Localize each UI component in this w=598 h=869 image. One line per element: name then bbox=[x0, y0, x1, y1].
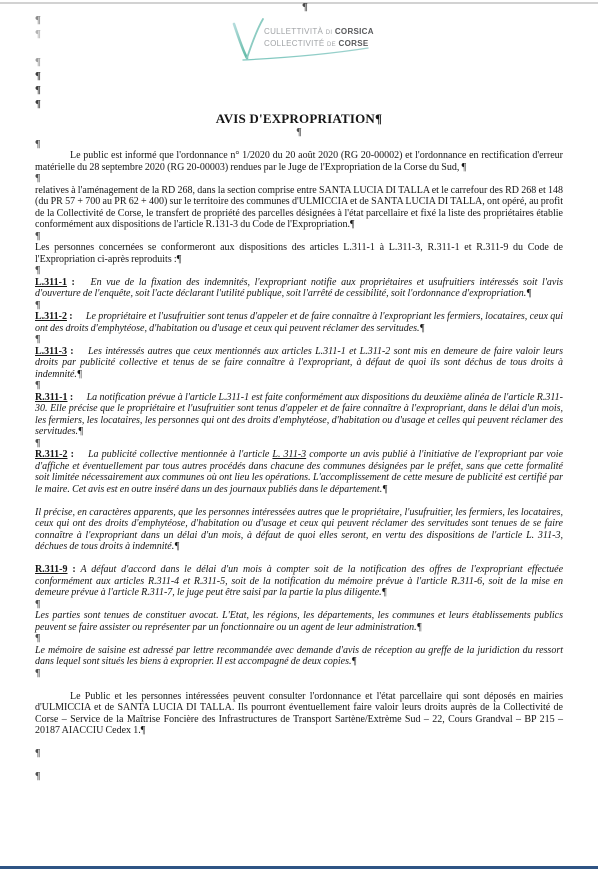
empty-line: ¶ bbox=[35, 300, 563, 312]
empty-line: ¶ bbox=[35, 380, 563, 392]
logo-line-french: COLLECTIVITÉ DE CORSE bbox=[264, 39, 374, 51]
article-label: R.311-1 bbox=[35, 392, 68, 403]
pilcrow-mark: ¶ bbox=[35, 265, 40, 276]
empty-line: ¶ bbox=[35, 127, 563, 139]
pilcrow-mark: ¶ bbox=[35, 29, 41, 40]
article-text: Les intéressés autres que ceux mentionné… bbox=[35, 346, 563, 380]
empty-line: ¶ bbox=[35, 438, 563, 450]
pilcrow-mark: ¶ bbox=[35, 380, 40, 391]
logo-line-corsican: CULLETTIVITÀ DI CORSICA bbox=[264, 27, 374, 39]
pilcrow-mark: ¶ bbox=[35, 15, 41, 26]
pilcrow-mark: ¶ bbox=[302, 1, 308, 13]
empty-line: ¶ bbox=[35, 139, 563, 151]
pilcrow-mark: ¶ bbox=[296, 127, 301, 138]
empty-line bbox=[35, 737, 563, 749]
document-page: ¶ CULLETTIVITÀ DI CORSICA COLLECTIVITÉ D… bbox=[0, 0, 598, 869]
article-text: Le propriétaire et l'usufruitier sont te… bbox=[35, 311, 563, 334]
empty-line: ¶ bbox=[35, 599, 563, 611]
article-r311-2: R.311-2 : La publicité collective mentio… bbox=[35, 449, 563, 495]
empty-line bbox=[35, 495, 563, 507]
corsica-logo: CULLETTIVITÀ DI CORSICA COLLECTIVITÉ DE … bbox=[230, 14, 372, 64]
article-label: L.311-3 bbox=[35, 346, 67, 357]
paragraph-les-parties: Les parties sont tenues de constituer av… bbox=[35, 610, 563, 633]
article-l311-3: L.311-3 : Les intéressés autres que ceux… bbox=[35, 346, 563, 381]
empty-line: ¶ bbox=[35, 173, 563, 185]
empty-line bbox=[35, 679, 563, 691]
article-label: L.311-2 bbox=[35, 311, 67, 322]
pilcrow-mark: ¶ bbox=[35, 599, 40, 610]
empty-line: ¶ bbox=[35, 334, 563, 346]
empty-line bbox=[35, 760, 563, 772]
article-text: A défaut d'accord dans le délai d'un moi… bbox=[35, 564, 563, 598]
pilcrow-mark: ¶ bbox=[35, 173, 40, 184]
paragraph-personnes-concernees: Les personnes concernées se conformeront… bbox=[35, 242, 563, 265]
paragraph-memoire: Le mémoire de saisine est adressé par le… bbox=[35, 645, 563, 668]
article-label: L.311-1 bbox=[35, 277, 67, 288]
article-l311-2: L.311-2 : Le propriétaire et l'usufruiti… bbox=[35, 311, 563, 334]
paragraph-le-public: Le Public et les personnes intéressées p… bbox=[35, 691, 563, 737]
empty-line: ¶ bbox=[35, 265, 563, 277]
article-reference: L. 311-3 bbox=[272, 449, 306, 460]
pilcrow-mark: ¶ bbox=[35, 633, 40, 644]
empty-line: ¶ bbox=[35, 633, 563, 645]
pilcrow-mark: ¶ bbox=[35, 438, 40, 449]
page-title: AVIS D'EXPROPRIATION¶ bbox=[35, 110, 563, 127]
article-text: La notification prévue à l'article L.311… bbox=[35, 392, 563, 438]
pilcrow-mark: ¶ bbox=[35, 668, 40, 679]
pilcrow-mark: ¶ bbox=[35, 231, 40, 242]
article-r311-9: R.311-9 : A défaut d'accord dans le déla… bbox=[35, 564, 563, 599]
empty-line: ¶ bbox=[35, 771, 563, 783]
article-r311-1: R.311-1 : La notification prévue à l'art… bbox=[35, 392, 563, 438]
document-body: AVIS D'EXPROPRIATION¶ ¶ ¶ Le public est … bbox=[35, 110, 563, 783]
pilcrow-mark: ¶ bbox=[35, 771, 40, 782]
article-text: La publicité collective mentionnée à l'a… bbox=[88, 449, 272, 460]
empty-line bbox=[35, 553, 563, 565]
article-l311-1: L.311-1 : En vue de la fixation des inde… bbox=[35, 277, 563, 300]
pilcrow-mark: ¶ bbox=[35, 85, 41, 96]
empty-line: ¶ bbox=[35, 231, 563, 243]
paragraph-il-precise: Il précise, en caractères apparents, que… bbox=[35, 507, 563, 553]
top-divider bbox=[0, 2, 598, 4]
empty-line: ¶ bbox=[35, 748, 563, 760]
pilcrow-mark: ¶ bbox=[35, 71, 41, 82]
pilcrow-mark: ¶ bbox=[35, 748, 40, 759]
pilcrow-mark: ¶ bbox=[35, 139, 40, 150]
article-text: En vue de la fixation des indemnités, l'… bbox=[35, 277, 563, 300]
pilcrow-mark: ¶ bbox=[35, 334, 40, 345]
pilcrow-mark: ¶ bbox=[35, 57, 41, 68]
article-label: R.311-2 bbox=[35, 449, 68, 460]
empty-line: ¶ bbox=[35, 668, 563, 680]
paragraph-relatives: relatives à l'aménagement de la RD 268, … bbox=[35, 185, 563, 231]
pilcrow-mark: ¶ bbox=[35, 300, 40, 311]
logo-wordmark: CULLETTIVITÀ DI CORSICA COLLECTIVITÉ DE … bbox=[264, 27, 374, 50]
article-label: R.311-9 bbox=[35, 564, 68, 575]
pilcrow-mark: ¶ bbox=[35, 99, 41, 110]
paragraph-intro: Le public est informé que l'ordonnance n… bbox=[35, 150, 563, 173]
